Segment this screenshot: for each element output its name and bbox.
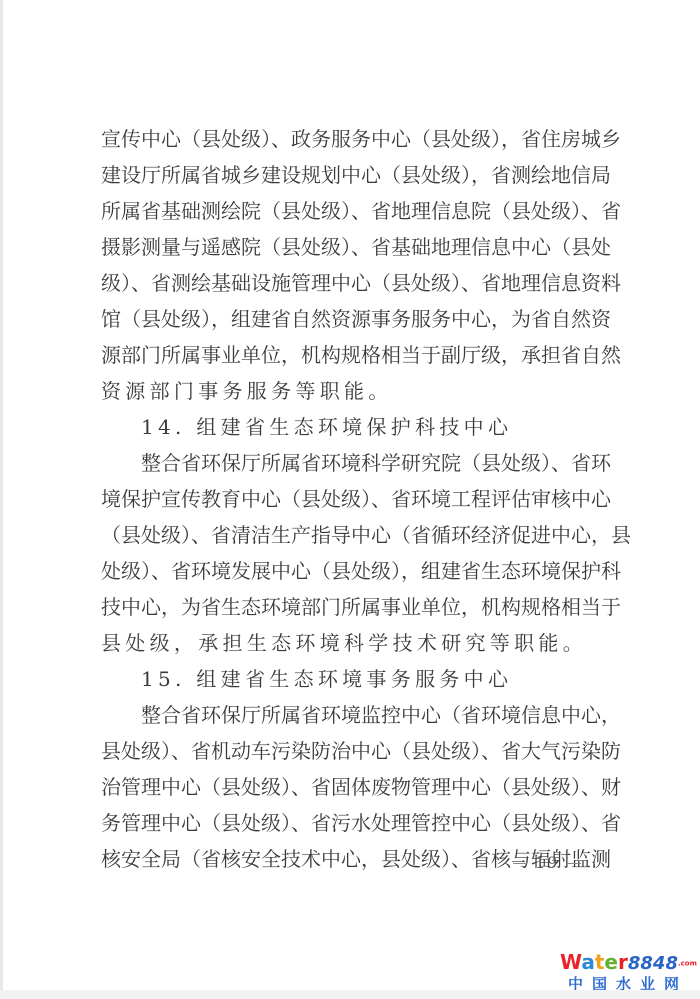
dash-left (513, 863, 527, 864)
brand-letter: r (618, 950, 628, 974)
brand-letter: a (581, 950, 595, 974)
text-line: 宣传中心（县处级）、政务服务中心（县处级），省住房城乡 (101, 121, 605, 157)
page-left-edge (0, 0, 3, 999)
section-heading-15: 15. 组建省生态环境事务服务中心 (101, 661, 605, 697)
footer-shade (0, 990, 700, 999)
text-line: 资源部门事务服务等职能。 (101, 373, 605, 409)
brand-letter: W (560, 950, 581, 974)
text-line: 境保护宣传教育中心（县处级）、省环境工程评估审核中心 (101, 481, 605, 517)
page-number-value: 19 (535, 853, 559, 872)
text-line: 处级）、省环境发展中心（县处级），组建省生态环境保护科 (101, 553, 605, 589)
text-line: 源部门所属事业单位，机构规格相当于副厅级，承担省自然 (101, 337, 605, 373)
text-line: 馆（县处级），组建省自然资源事务服务中心，为省自然资 (101, 301, 605, 337)
brand-number: 8848 (628, 953, 678, 974)
text-line: （县处级）、省清洁生产指导中心（省循环经济促进中心，县 (101, 517, 605, 553)
dash-right (567, 863, 581, 864)
text-line: 摄影测量与遥感院（县处级）、省基础地理信息中心（县处 (101, 229, 605, 265)
brand-letter: t (595, 950, 605, 974)
watermark-logo: Water8848.com 中国水业网 (560, 952, 695, 994)
document-page: 宣传中心（县处级）、政务服务中心（县处级），省住房城乡 建设厅所属省城乡建设规划… (101, 121, 605, 877)
watermark-brand: Water8848.com (560, 952, 695, 974)
text-line: 县处级）、省机动车污染防治中心（县处级）、省大气污染防 (101, 733, 605, 769)
page-number: 19 (505, 853, 589, 872)
section-heading-14: 14. 组建省生态环境保护科技中心 (101, 409, 605, 445)
text-line: 务管理中心（县处级）、省污水处理管控中心（县处级）、省 (101, 805, 605, 841)
text-line: 所属省基础测绘院（县处级）、省地理信息院（县处级）、省 (101, 193, 605, 229)
brand-letter: e (604, 950, 618, 974)
text-line: 县处级，承担生态环境科学技术研究等职能。 (101, 625, 605, 661)
text-line: 级）、省测绘基础设施管理中心（县处级）、省地理信息资料 (101, 265, 605, 301)
text-line: 建设厅所属省城乡建设规划中心（县处级），省测绘地信局 (101, 157, 605, 193)
text-line: 治管理中心（县处级）、省固体废物管理中心（县处级）、财 (101, 769, 605, 805)
text-line: 整合省环保厅所属省环境监控中心（省环境信息中心， (101, 697, 605, 733)
brand-suffix: .com (678, 960, 697, 968)
text-line: 技中心，为省生态环境部门所属事业单位，机构规格相当于 (101, 589, 605, 625)
text-line: 整合省环保厅所属省环境科学研究院（县处级）、省环 (101, 445, 605, 481)
